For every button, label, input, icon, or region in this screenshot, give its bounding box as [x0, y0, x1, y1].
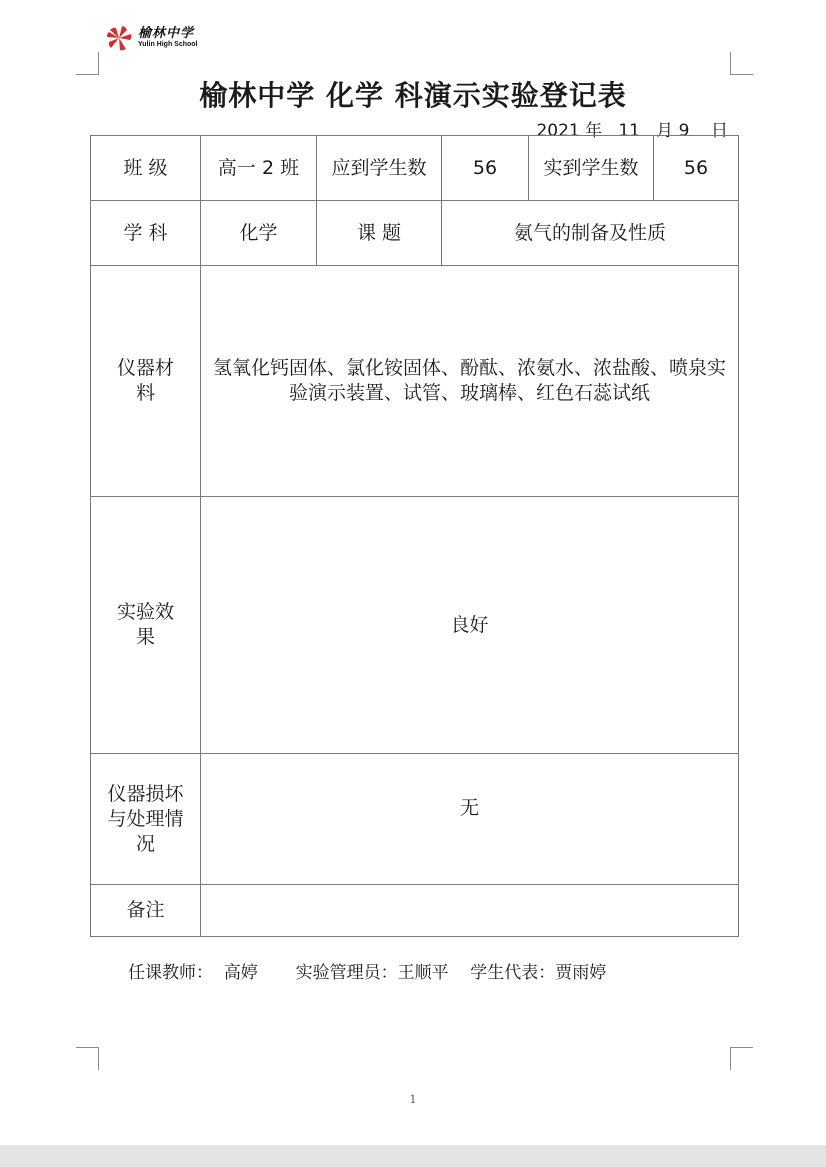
expected-students-label: 应到学生数 — [317, 136, 442, 201]
actual-students-value: 56 — [654, 136, 739, 201]
remarks-value — [201, 885, 739, 937]
subject-value: 化学 — [201, 201, 317, 266]
school-emblem-icon — [106, 24, 132, 52]
subject-label: 学 科 — [91, 201, 201, 266]
crop-mark-bottom-right — [730, 1047, 753, 1070]
school-logo: 榆林中学 Yulin High School — [106, 24, 198, 52]
table-row-subject: 学 科 化学 课 题 氨气的制备及性质 — [91, 201, 739, 266]
table-row-effect: 实验效果 良好 — [91, 497, 739, 754]
class-value: 高一 2 班 — [201, 136, 317, 201]
remarks-label: 备注 — [91, 885, 201, 937]
table-row-remarks: 备注 — [91, 885, 739, 937]
page-number: 1 — [0, 1093, 826, 1106]
crop-mark-bottom-left — [76, 1047, 99, 1070]
crop-mark-top-right — [730, 52, 753, 75]
logo-chinese-name: 榆林中学 — [138, 27, 198, 41]
viewer-bottom-bar — [0, 1145, 826, 1167]
topic-label: 课 题 — [317, 201, 442, 266]
student-rep-name: 贾雨婷 — [555, 963, 606, 983]
damage-label: 仪器损坏与处理情况 — [91, 754, 201, 885]
table-row-damage: 仪器损坏与处理情况 无 — [91, 754, 739, 885]
teacher-label: 任课教师： — [128, 963, 213, 983]
teacher-name: 高婷 — [224, 963, 258, 983]
table-row-materials: 仪器材料 氢氧化钙固体、氯化铵固体、酚酞、浓氨水、浓盐酸、喷泉实验演示装置、试管… — [91, 266, 739, 497]
effect-label: 实验效果 — [91, 497, 201, 754]
table-row-class: 班 级 高一 2 班 应到学生数 56 实到学生数 56 — [91, 136, 739, 201]
damage-value: 无 — [201, 754, 739, 885]
materials-label: 仪器材料 — [91, 266, 201, 497]
expected-students-value: 56 — [442, 136, 529, 201]
topic-value: 氨气的制备及性质 — [442, 201, 739, 266]
student-rep-label: 学生代表： — [470, 963, 555, 983]
signature-line: 任课教师： 高婷 实验管理员：王顺平 学生代表：贾雨婷 — [128, 958, 606, 983]
materials-value: 氢氧化钙固体、氯化铵固体、酚酞、浓氨水、浓盐酸、喷泉实验演示装置、试管、玻璃棒、… — [201, 266, 739, 497]
page-title: 榆林中学 化学 科演示实验登记表 — [0, 74, 826, 114]
admin-label: 实验管理员： — [296, 963, 398, 983]
crop-mark-top-left — [76, 52, 99, 75]
admin-name: 王顺平 — [398, 963, 449, 983]
class-label: 班 级 — [91, 136, 201, 201]
actual-students-label: 实到学生数 — [529, 136, 654, 201]
registration-table: 班 级 高一 2 班 应到学生数 56 实到学生数 56 学 科 化学 课 题 … — [90, 135, 739, 937]
effect-value: 良好 — [201, 497, 739, 754]
logo-english-name: Yulin High School — [138, 41, 198, 49]
